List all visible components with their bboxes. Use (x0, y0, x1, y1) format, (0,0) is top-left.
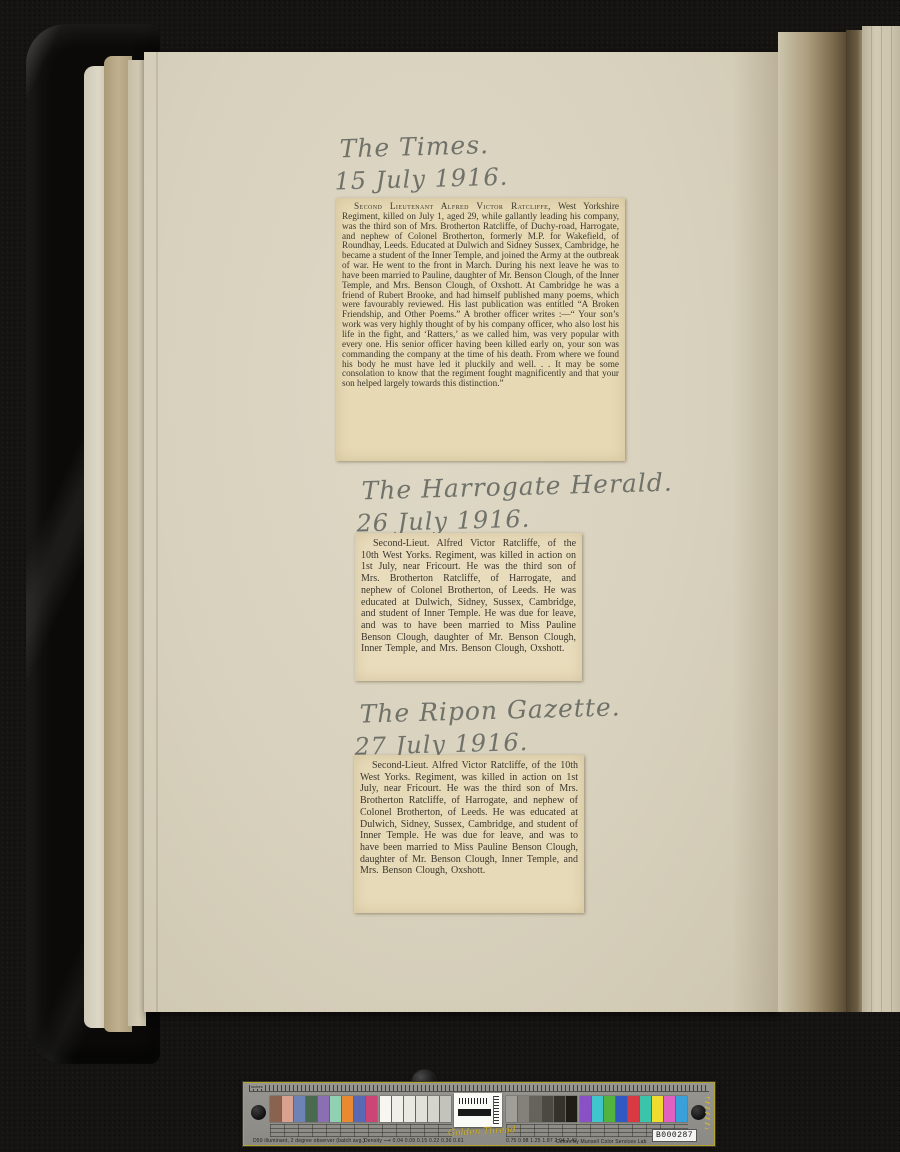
color-patch (440, 1096, 451, 1122)
clipping-lead: Second Lieutenant Alfred Victor Ratcliff… (354, 201, 551, 211)
color-patch (294, 1096, 305, 1122)
publication-name: The Times. (339, 130, 508, 165)
color-patch (530, 1096, 541, 1122)
color-patch (354, 1096, 365, 1122)
publication-date: 15 July 1916. (334, 162, 509, 196)
color-patch (554, 1096, 565, 1122)
newspaper-clipping-ripon: Second-Lieut. Alfred Victor Ratcliffe, o… (354, 755, 584, 913)
serial-number-label: B000287 (653, 1130, 696, 1141)
resolution-mini-ruler (493, 1096, 499, 1124)
color-patch (282, 1096, 293, 1122)
facing-page-edge (862, 26, 900, 1012)
color-patch (542, 1096, 553, 1122)
handwritten-heading-herald: The Harrogate Herald. 26 July 1916. (361, 468, 674, 538)
newspaper-clipping-herald: Second-Lieut. Alfred Victor Ratcliffe, o… (355, 533, 582, 681)
density-scale-text: Density ⟶ 0.04 0.09 0.15 0.22 0.36 0.61 (364, 1138, 464, 1144)
color-patch (366, 1096, 377, 1122)
color-patch (592, 1096, 603, 1122)
color-patch (640, 1096, 651, 1122)
color-patch (392, 1096, 403, 1122)
color-patch-row-brights (580, 1096, 688, 1122)
clipping-text: Second-Lieut. Alfred Victor Ratcliffe, o… (361, 538, 576, 655)
color-patch-row-whites (380, 1096, 452, 1122)
color-patch (652, 1096, 663, 1122)
color-patch (506, 1096, 517, 1122)
color-patch (676, 1096, 687, 1122)
color-patch (580, 1096, 591, 1122)
publication-name: The Ripon Gazette. (359, 692, 621, 730)
color-patch (664, 1096, 675, 1122)
color-patch-row-grays (506, 1096, 578, 1122)
color-patch (404, 1096, 415, 1122)
handwritten-heading-times: The Times. 15 July 1916. (339, 130, 508, 196)
color-patch (616, 1096, 627, 1122)
color-patch (270, 1096, 281, 1122)
clipping-text: Second Lieutenant Alfred Victor Ratcliff… (342, 202, 619, 389)
lab-value-grid-left (270, 1124, 452, 1137)
registration-dot-right (691, 1105, 706, 1120)
resolution-ticks (459, 1098, 489, 1104)
color-calibration-bar: inches D50 illuminant, 2 degree observer… (243, 1082, 715, 1146)
clipping-body: West Yorkshire Regiment, killed on July … (342, 201, 619, 388)
side-script-mark (705, 1097, 710, 1129)
ruler-ticks (249, 1085, 709, 1092)
color-patch (306, 1096, 317, 1122)
color-patch-row-primary (270, 1096, 378, 1122)
color-patch (318, 1096, 329, 1122)
color-patch (604, 1096, 615, 1122)
clipping-lead: Second-Lieut. Alfred Victor Ratcliffe, (373, 538, 540, 549)
color-patch (380, 1096, 391, 1122)
clipping-body: of the 10th West Yorks. Regiment, was ki… (360, 760, 578, 876)
handwritten-heading-ripon: The Ripon Gazette. 27 July 1916. (359, 692, 622, 761)
registration-dot-left (251, 1105, 266, 1120)
color-patch (518, 1096, 529, 1122)
book-gutter-shadow (778, 32, 846, 1012)
color-patch (628, 1096, 639, 1122)
newspaper-clipping-times: Second Lieutenant Alfred Victor Ratcliff… (336, 198, 625, 461)
resolution-black-bar (458, 1109, 491, 1116)
color-patch (566, 1096, 577, 1122)
scrapbook-page: The Times. 15 July 1916. Second Lieutena… (144, 52, 778, 1012)
color-patch (416, 1096, 427, 1122)
resolution-target-card (454, 1093, 502, 1127)
ruler-label: inches (250, 1084, 264, 1089)
clipping-body: of the 10th West Yorks. Regiment, was ki… (361, 538, 576, 654)
clipping-text: Second-Lieut. Alfred Victor Ratcliffe, o… (360, 760, 578, 877)
color-patch (330, 1096, 341, 1122)
clipping-lead: Second-Lieut. Alfred Victor Ratcliffe, (372, 760, 528, 771)
munsell-credit-text: Colors by Munsell Color Services Lab (556, 1139, 647, 1145)
color-patch (342, 1096, 353, 1122)
gutter-crease (846, 30, 862, 1012)
color-patch (428, 1096, 439, 1122)
illuminant-text: D50 illuminant, 2 degree observer (batch… (253, 1138, 365, 1144)
